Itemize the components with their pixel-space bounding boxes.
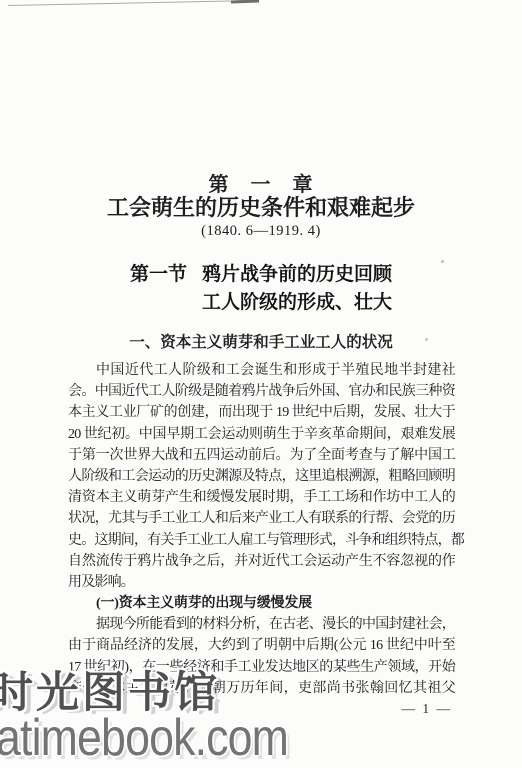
subsection-title: 一、资本主义萌芽和手工业工人的状况: [0, 330, 522, 352]
scanned-book-page: 第 一 章 工会萌生的历史条件和艰难起步 (1840. 6—1919. 4) 第…: [0, 0, 522, 768]
paragraph1-line: 用及影响。: [68, 572, 455, 593]
paragraph1-line: 人阶级和工会运动的历史渊源及特点，这里追根溯源，粗略回顾明: [68, 466, 455, 487]
section-heading-line1: 第一节鸦片战争前的历史回顾: [130, 261, 392, 289]
section-title-line1: 鸦片战争前的历史回顾: [202, 264, 392, 285]
page-number: — 1 —: [402, 701, 453, 717]
section-heading: 第一节鸦片战争前的历史回顾 工人阶级的形成、壮大: [0, 261, 522, 317]
paragraph1-line: 20 世纪初。中国早期工会运动则萌生于辛亥革命期间，艰难发展: [68, 424, 455, 445]
paragraph1-line: 史。这期间，有关手工业工人雇工与管理形式，斗争和组织特点，都: [68, 530, 455, 551]
subheading: (一)资本主义萌芽的出现与缓慢发展: [68, 593, 455, 614]
paragraph1-line: 清资本主义萌芽产生和缓慢发展时期，手工工场和作坊中工人的: [68, 487, 455, 508]
paragraph1-line: 本主义工业厂矿的创建，而出现于 19 世纪中后期，发展、壮大于: [68, 402, 455, 423]
paragraph2-line: 据现今所能看到的材料分析，在古老、漫长的中国封建社会，: [68, 614, 455, 635]
section-title-line2: 工人阶级的形成、壮大: [130, 289, 392, 317]
section-label: 第一节: [130, 264, 187, 285]
scan-artifact-mark: [231, 0, 259, 3]
watermark-site-url: atimebook.com: [0, 708, 288, 768]
paragraph1-line: 于第一次世界大战和五四运动前后。为了全面考查与了解中国工: [68, 445, 455, 466]
scan-artifact-line: [8, 0, 258, 6]
paragraph1-line: 状况，尤其与手工业工人和后来产业工人有联系的行帮、会党的历: [68, 508, 455, 529]
paragraph1-line: 会。中国近代工人阶级是随着鸦片战争后外国、官办和民族三种资: [68, 381, 455, 402]
paragraph1-line: 自然流传于鸦片战争之后，并对近代工会运动产生不容忽视的作: [68, 551, 455, 572]
body-text: 中国近代工人阶级和工会诞生和形成于半殖民地半封建社 会。中国近代工人阶级是随着鸦…: [68, 360, 455, 699]
paragraph1-line: 中国近代工人阶级和工会诞生和形成于半殖民地半封建社: [68, 360, 455, 381]
chapter-date-range: (1840. 6—1919. 4): [0, 223, 522, 240]
paragraph2-line: 由于商品经济的发展，大约到了明朝中后期(公元 16 世纪中叶至: [68, 635, 455, 656]
chapter-title: 工会萌生的历史条件和艰难起步: [0, 191, 522, 222]
